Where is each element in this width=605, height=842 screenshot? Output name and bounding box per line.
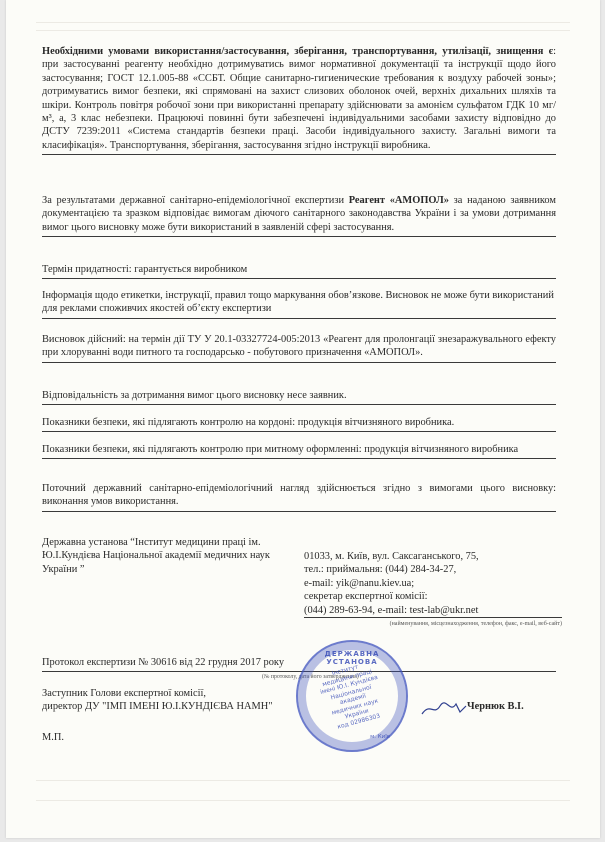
email-line: e-mail: yik@nanu.kiev.ua; — [304, 577, 564, 590]
bleed-through-line — [36, 30, 570, 31]
product-name: Реагент «АМОПОЛ» — [349, 195, 449, 206]
institution-block: Державна установа “Інститут медицини пра… — [42, 536, 556, 636]
supervision-statement: Поточний державний санітарно-епідеміолог… — [42, 482, 556, 512]
bleed-through-line — [36, 22, 570, 23]
validity-statement: Висновок дійсний: на термін дії ТУ У 20.… — [42, 333, 556, 363]
shelf-life: Термін придатності: гарантується виробни… — [42, 263, 556, 279]
official-stamp: ДЕРЖАВНА УСТАНОВА Інститут медицини прац… — [296, 640, 408, 752]
responsibility-statement: Відповідальність за дотримання вимог цьо… — [42, 389, 556, 405]
customs-control-statement: Показники безпеки, які підлягають контро… — [42, 443, 556, 459]
bleed-through-line — [36, 800, 570, 801]
seal-mark: М.П. — [42, 731, 556, 744]
conclusion-section: За результатами державної санітарно-епід… — [42, 194, 556, 237]
conclusion-text-start: За результатами державної санітарно-епід… — [42, 195, 349, 206]
stamp-city: м. Київ — [370, 734, 390, 740]
bleed-through-line — [36, 780, 570, 781]
address-line: 01033, м. Київ, вул. Саксаганського, 75, — [304, 550, 564, 563]
stamp-inner-text: Інститут медицини праці імені Ю.І. Кунді… — [311, 658, 392, 734]
signature-icon — [420, 700, 480, 718]
institution-name: Державна установа “Інститут медицини пра… — [42, 536, 302, 576]
institution-address: 01033, м. Київ, вул. Саксаганського, 75,… — [304, 550, 564, 631]
secretary-contact: (044) 289-63-94, e-mail: test-lab@ukr.ne… — [304, 604, 562, 618]
phone-line: тел.: приймальня: (044) 284-34-27, — [304, 563, 564, 576]
usage-conditions-section: Необхідними умовами використання/застосу… — [42, 45, 556, 155]
institution-caption: (найменування, місцезнаходження, телефон… — [304, 618, 562, 631]
usage-conditions-text: : при застосуванні реагенту необхідно до… — [42, 46, 556, 151]
labeling-info: Інформація щодо етикетки, інструкції, пр… — [42, 289, 556, 319]
stamp-ring-text: ДЕРЖАВНА УСТАНОВА — [298, 650, 406, 666]
border-control-statement: Показники безпеки, які підлягають контро… — [42, 416, 556, 432]
secretary-label: секретар експертної комісії: — [304, 590, 564, 603]
usage-conditions-heading: Необхідними умовами використання/застосу… — [42, 46, 553, 57]
